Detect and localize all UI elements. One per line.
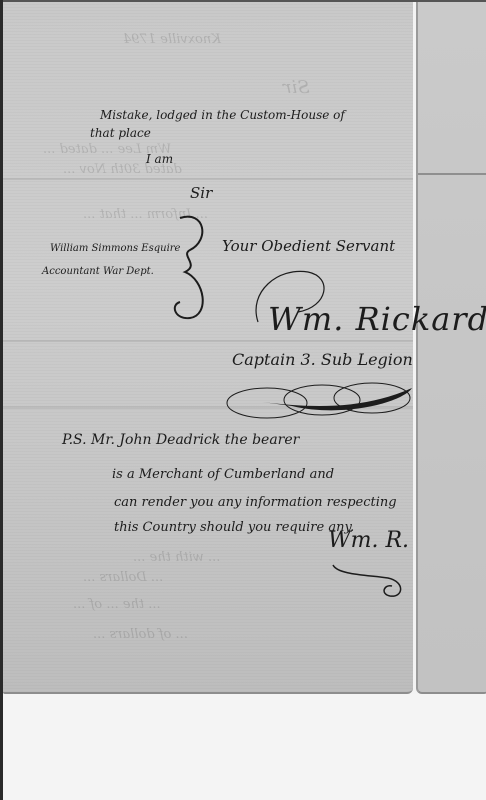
body-line: that place (90, 126, 151, 140)
fold-line (3, 340, 413, 342)
salutation: Sir (190, 184, 212, 202)
adjacent-page-fold (416, 2, 486, 694)
bleedthrough-text: Knoxville 1794 (123, 32, 221, 47)
bleedthrough-text: ... with the ... (133, 550, 220, 565)
postscript-initials: Wm. R. (328, 528, 409, 553)
closing-text: Your Obedient Servant (222, 237, 395, 255)
letter-page: Knoxville 1794 Sir Wm Lee ... dated ... … (3, 2, 413, 694)
postscript-line: can render you any information respectin… (114, 495, 397, 510)
fold-line (418, 173, 486, 175)
bleedthrough-text: Sir (283, 77, 310, 98)
signature-name: Wm. Rickard (268, 300, 486, 338)
scan-blank-area (3, 694, 486, 800)
body-line: Mistake, lodged in the Custom-House of (100, 108, 345, 122)
bleedthrough-text: ... Dollars ... (83, 570, 163, 585)
addressee-name: William Simmons Esquire (50, 243, 180, 254)
signature-rank: Captain 3. Sub Legion (232, 350, 413, 369)
addressee-title: Accountant War Dept. (42, 266, 154, 277)
postscript-line: this Country should you require any. (114, 520, 354, 535)
fold-line (3, 178, 413, 180)
bleedthrough-text: ... the ... of ... (73, 597, 161, 612)
fold-line (3, 406, 413, 409)
bleedthrough-text: ... Inform ... that ... (83, 207, 208, 222)
postscript-line: P.S. Mr. John Deadrick the bearer (62, 432, 299, 448)
bleedthrough-text: ... of dollars ... (93, 627, 188, 642)
body-line: I am (146, 152, 173, 166)
postscript-line: is a Merchant of Cumberland and (112, 467, 334, 482)
